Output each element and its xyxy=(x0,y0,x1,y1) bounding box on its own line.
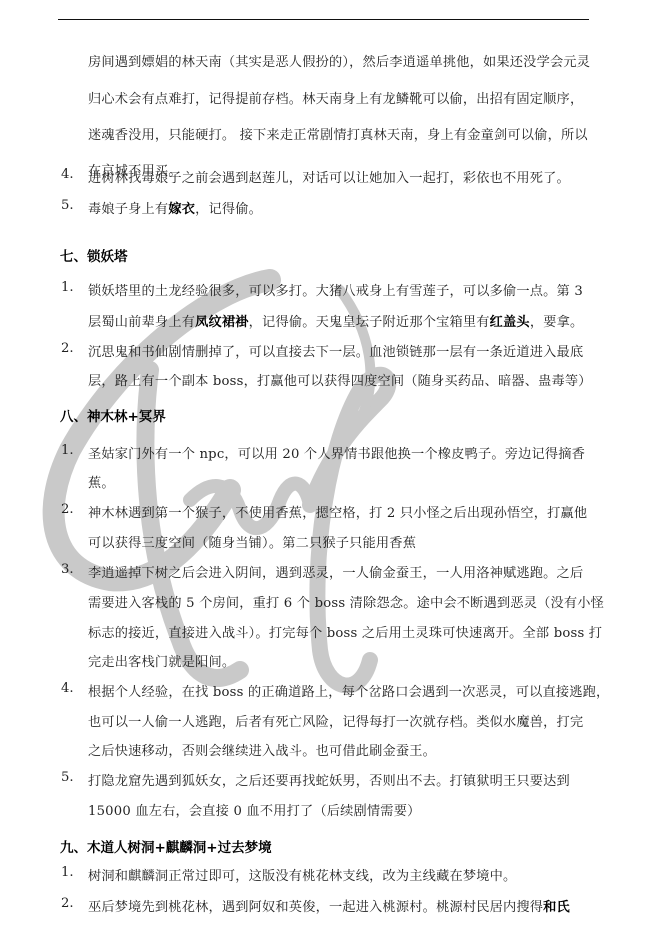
list-item: 圣姑家门外有一个 npc，可以用 20 个人界情书跟他换一个橡皮鸭子。旁边记得摘… xyxy=(88,443,585,462)
paragraph-line: 迷魂香没用，只能硬打。 接下来走正常剧情打真林天南，身上有金童剑可以偷，所以 xyxy=(88,124,588,143)
list-item: 毒娘子身上有嫁衣，记得偷。 xyxy=(88,198,262,217)
list-item-continuation: 需要进入客栈的 5 个房间，重打 6 个 boss 清除怨念。途中会不断遇到恶灵… xyxy=(88,592,604,611)
list-number: 2. xyxy=(61,341,74,356)
list-number: 1. xyxy=(61,280,74,295)
list-item-continuation: 层蜀山前辈身上有凤纹裙褂，记得偷。天鬼皇坛子附近那个宝箱里有红盖头，要拿。 xyxy=(88,311,583,330)
list-item: 锁妖塔里的土龙经验很多，可以多打。大猪八戒身上有雪莲子，可以多偷一点。第 3 xyxy=(88,280,583,299)
list-item: 进树林找毒娘子之前会遇到赵莲儿，对话可以让她加入一起打，彩依也不用死了。 xyxy=(88,167,570,186)
list-item: 巫后梦境先到桃花林，遇到阿奴和英俊，一起进入桃源村。桃源村民居内搜得和氏 xyxy=(88,896,570,915)
list-item: 树洞和麒麟洞正常过即可，这版没有桃花林支线，改为主线藏在梦境中。 xyxy=(88,865,516,884)
list-item-continuation: 也可以一人偷一人逃跑，后者有死亡风险，记得每打一次就存档。类似水魔兽，打完 xyxy=(88,711,583,730)
text: 巫后梦境先到桃花林，遇到阿奴和英俊，一起进入桃源村。桃源村民居内搜得 xyxy=(88,900,543,915)
list-item: 李逍遥掉下树之后会进入阴间，遇到恶灵，一人偷金蚕王，一人用洛神赋逃跑。之后 xyxy=(88,562,583,581)
list-item-continuation: 之后快速移动，否则会继续进入战斗。也可借此刷金蚕王。 xyxy=(88,740,436,759)
text: 层蜀山前辈身上有 xyxy=(88,315,195,330)
list-number: 5. xyxy=(61,198,74,213)
text: ，记得偷。天鬼皇坛子附近那个宝箱里有 xyxy=(249,315,490,330)
list-number: 4. xyxy=(61,681,74,696)
text: ，记得偷。 xyxy=(195,202,262,217)
list-item-continuation: 蕉。 xyxy=(88,472,115,491)
list-item: 根据个人经验，在找 boss 的正确道路上，每个岔路口会遇到一次恶灵，可以直接逃… xyxy=(88,681,609,700)
list-item: 打隐龙窟先遇到狐妖女，之后还要再找蛇妖男，否则出不去。打镇狱明王只要达到 xyxy=(88,770,570,789)
list-item-continuation: 完走出客栈门就是阳间。 xyxy=(88,651,235,670)
list-item-continuation: 可以获得三度空间（随身当铺）。第二只猴子只能用香蕉 xyxy=(88,532,416,551)
list-number: 1. xyxy=(61,865,74,880)
list-number: 1. xyxy=(61,443,74,458)
bold-item-name: 红盖头 xyxy=(490,315,530,330)
list-item: 沉思鬼和书仙剧情删掉了，可以直接去下一层。血池锁链那一层有一条近道进入最底 xyxy=(88,341,583,360)
section-heading: 九、木道人树洞+麒麟洞+过去梦境 xyxy=(60,836,272,856)
paragraph-line: 归心术会有点难打，记得提前存档。林天南身上有龙鳞靴可以偷，出招有固定顺序， xyxy=(88,88,583,107)
paragraph-line: 房间遇到嫖娼的林天南（其实是恶人假扮的），然后李逍遥单挑他，如果还没学会元灵 xyxy=(88,51,590,70)
bold-item-name: 凤纹裙褂 xyxy=(195,315,249,330)
text: ，要拿。 xyxy=(530,315,584,330)
list-item-continuation: 标志的接近，直接进入战斗）。打完每个 boss 之后用土灵珠可快速离开。全部 b… xyxy=(88,622,602,641)
text: 毒娘子身上有 xyxy=(88,202,168,217)
list-item-continuation: 层，路上有一个副本 boss，打赢他可以获得四度空间（随身买药品、暗器、蛊毒等） xyxy=(88,370,592,389)
list-item: 神木林遇到第一个猴子，不使用香蕉，摁空格，打 2 只小怪之后出现孙悟空，打赢他 xyxy=(88,502,587,521)
section-heading: 七、锁妖塔 xyxy=(60,245,128,265)
list-number: 3. xyxy=(61,562,74,577)
header-rule xyxy=(58,19,589,20)
section-heading: 八、神木林+冥界 xyxy=(60,405,166,425)
bold-item-name: 和氏 xyxy=(543,900,570,915)
list-item-continuation: 15000 血左右，会直接 0 血不用打了（后续剧情需要） xyxy=(88,800,420,819)
list-number: 2. xyxy=(61,896,74,911)
list-number: 2. xyxy=(61,502,74,517)
list-number: 4. xyxy=(61,167,74,182)
bold-item-name: 嫁衣 xyxy=(168,202,195,217)
list-number: 5. xyxy=(61,770,74,785)
